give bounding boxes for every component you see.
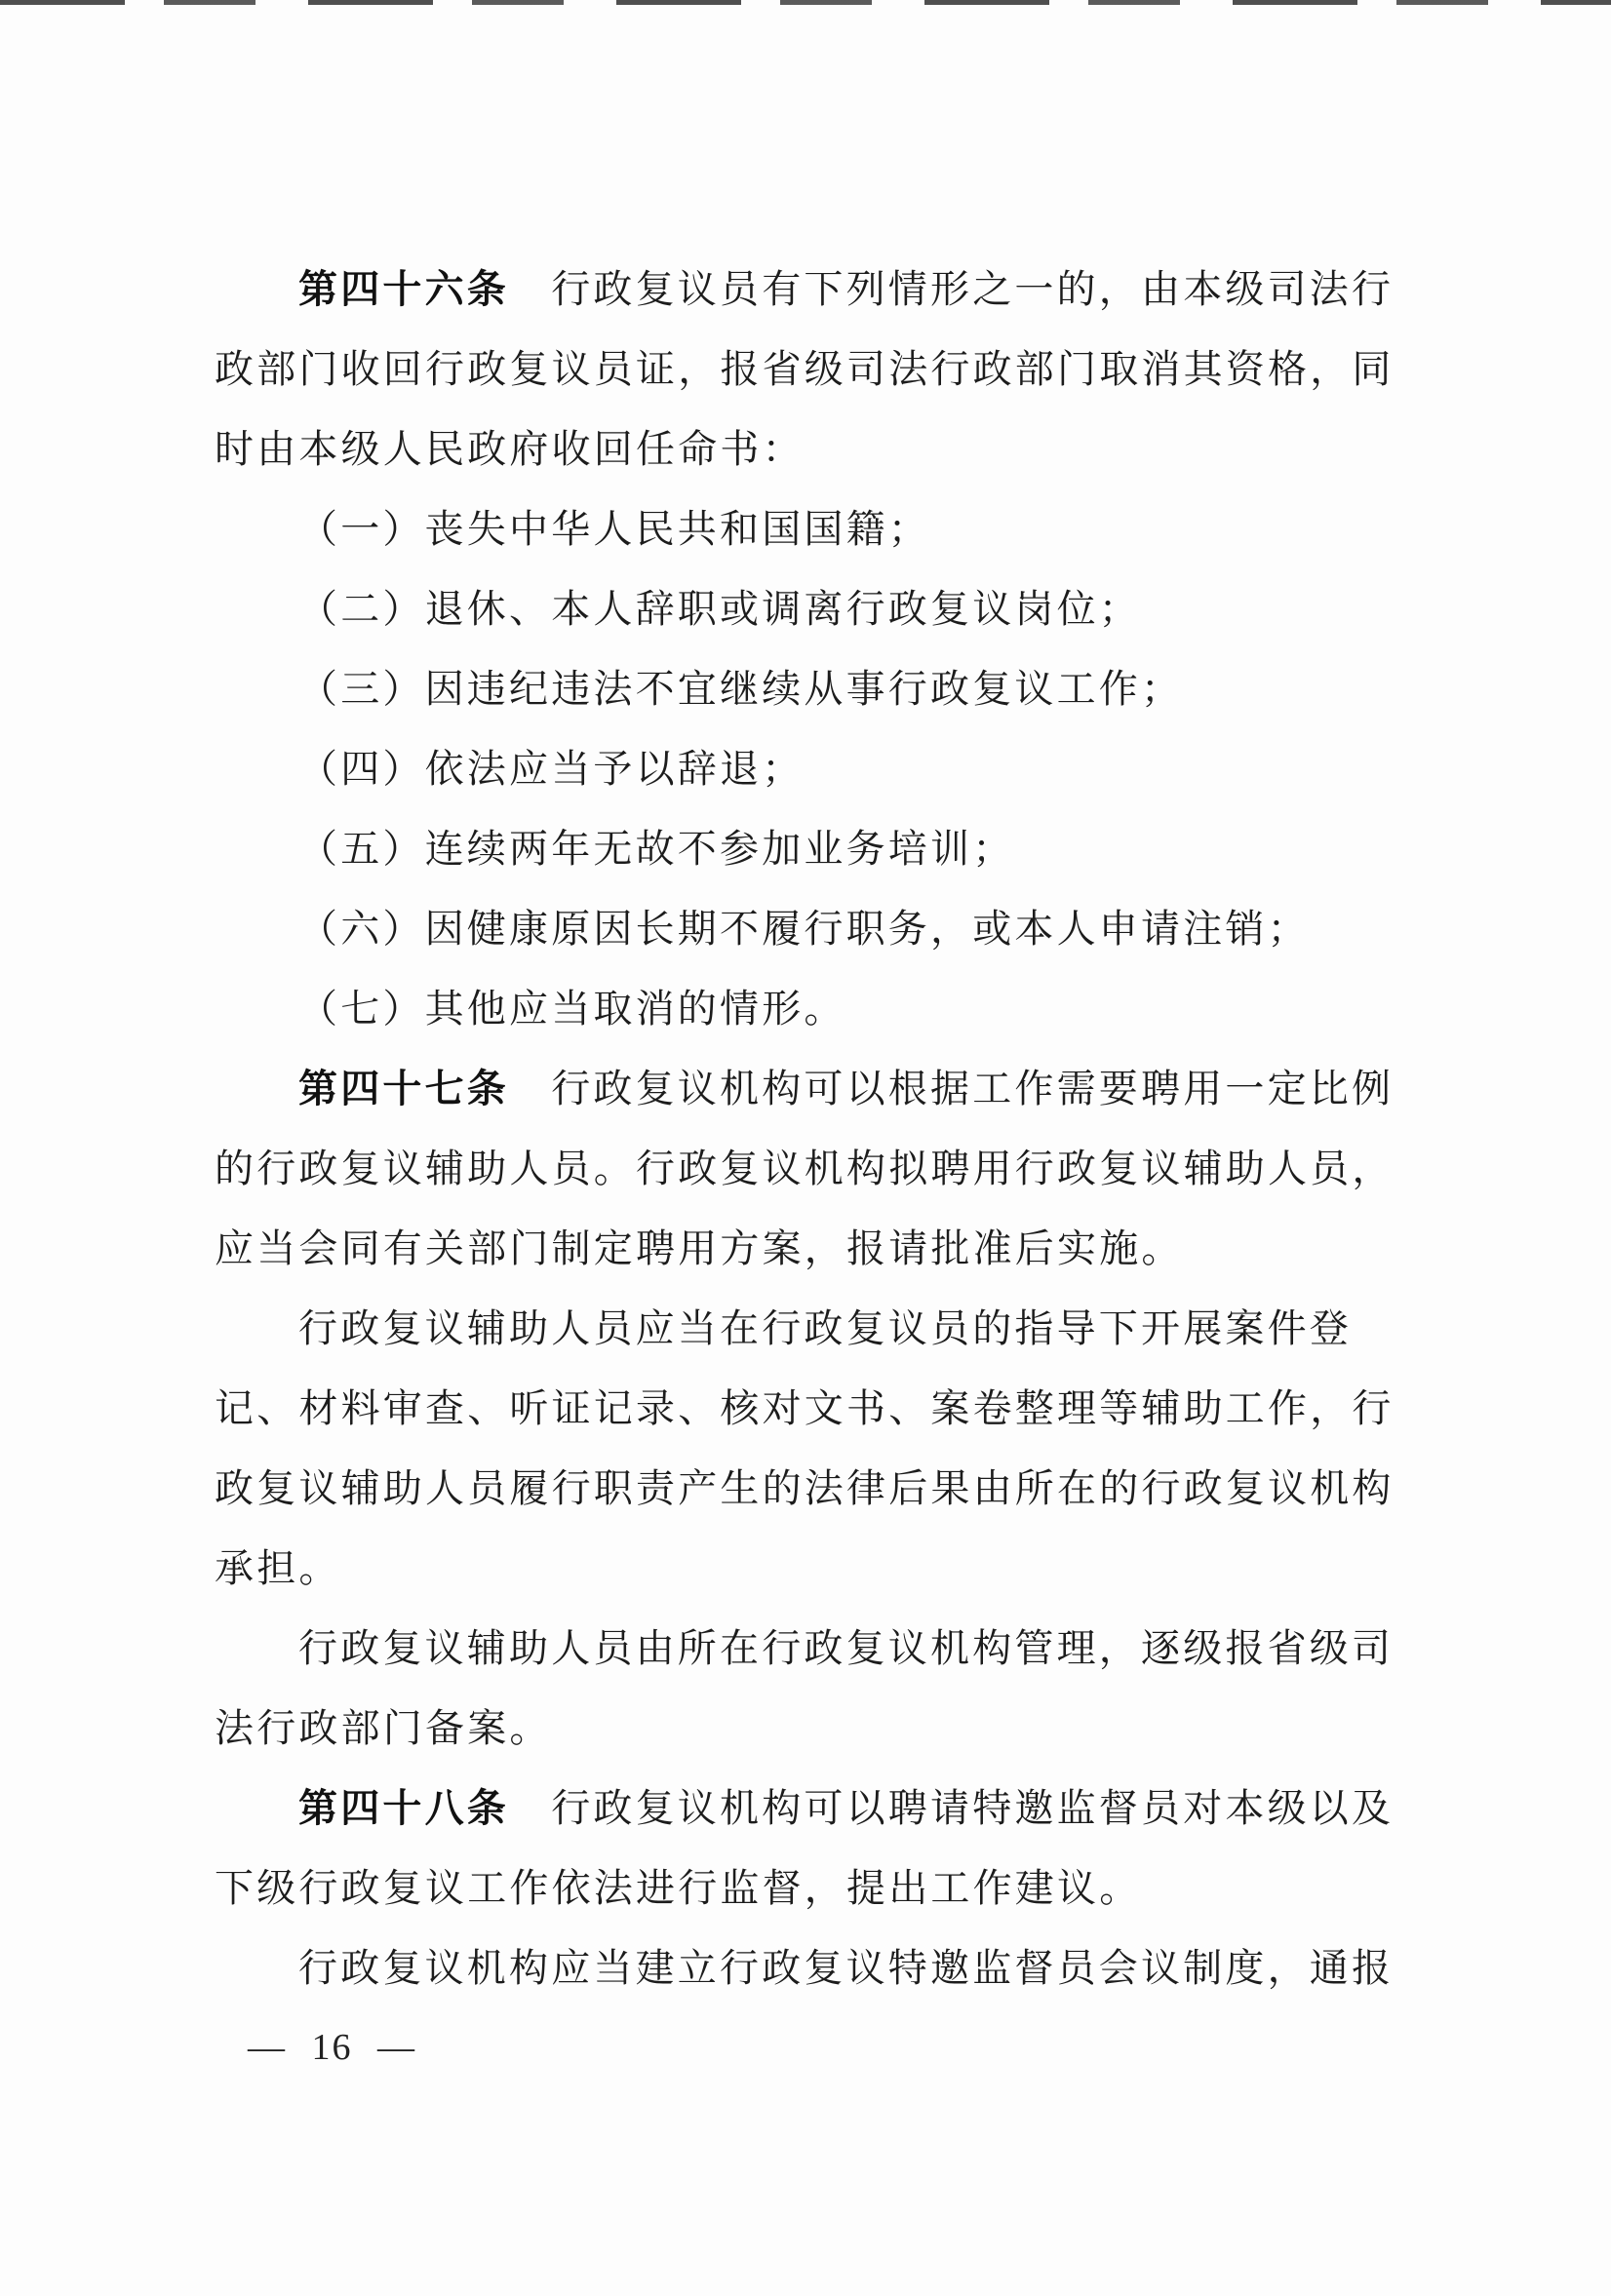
line-text: （七）其他应当取消的情形。 [298, 987, 846, 1031]
list-item-line: （六）因健康原因长期不履行职务，或本人申请注销； [215, 889, 1396, 969]
text-line: 应当会同有关部门制定聘用方案，报请批准后实施。 [215, 1209, 1396, 1289]
text-line: 第四十七条 行政复议机构可以根据工作需要聘用一定比例 [215, 1049, 1396, 1129]
text-line: 第四十六条 行政复议员有下列情形之一的，由本级司法行 [215, 250, 1396, 330]
text-line: 的行政复议辅助人员。行政复议机构拟聘用行政复议辅助人员， [215, 1129, 1396, 1209]
line-text: 行政复议辅助人员由所在行政复议机构管理，逐级报省级司 [298, 1626, 1394, 1670]
text-line: 行政复议辅助人员由所在行政复议机构管理，逐级报省级司 [215, 1609, 1396, 1689]
list-item-line: （二）退休、本人辞职或调离行政复议岗位； [215, 569, 1396, 649]
scan-artifact-top-edge [0, 0, 1611, 5]
line-text: 行政复议员有下列情形之一的，由本级司法行 [509, 267, 1394, 311]
text-line: 政复议辅助人员履行职责产生的法律后果由所在的行政复议机构 [215, 1449, 1396, 1529]
line-text: （五）连续两年无故不参加业务培训； [298, 827, 1014, 871]
page-number: — 16 — [248, 2026, 416, 2069]
line-text: 政复议辅助人员履行职责产生的法律后果由所在的行政复议机构 [215, 1466, 1395, 1510]
line-text: （四）依法应当予以辞退； [298, 747, 804, 791]
text-line: 时由本级人民政府收回任命书： [215, 409, 1396, 489]
line-text: 应当会同有关部门制定聘用方案，报请批准后实施。 [215, 1226, 1184, 1270]
line-text: （一）丧失中华人民共和国国籍； [298, 507, 930, 551]
line-text: （三）因违纪违法不宜继续从事行政复议工作； [298, 667, 1183, 711]
line-text: 的行政复议辅助人员。行政复议机构拟聘用行政复议辅助人员， [215, 1147, 1395, 1190]
line-text: 下级行政复议工作依法进行监督，提出工作建议。 [215, 1866, 1141, 1910]
line-text: 行政复议机构可以根据工作需要聘用一定比例 [509, 1067, 1394, 1110]
article-number: 第四十六条 [298, 267, 509, 311]
text-line: 第四十八条 行政复议机构可以聘请特邀监督员对本级以及 [215, 1769, 1396, 1848]
article-number: 第四十八条 [298, 1786, 509, 1830]
text-line: 政部门收回行政复议员证，报省级司法行政部门取消其资格，同 [215, 330, 1396, 409]
article-number: 第四十七条 [298, 1067, 509, 1110]
text-line: 行政复议机构应当建立行政复议特邀监督员会议制度，通报 [215, 1928, 1396, 2008]
text-line: 记、材料审查、听证记录、核对文书、案卷整理等辅助工作，行 [215, 1369, 1396, 1449]
line-text: 行政复议辅助人员应当在行政复议员的指导下开展案件登 [298, 1306, 1352, 1350]
list-item-line: （五）连续两年无故不参加业务培训； [215, 809, 1396, 889]
line-text: （二）退休、本人辞职或调离行政复议岗位； [298, 587, 1141, 631]
line-text: 时由本级人民政府收回任命书： [215, 427, 805, 471]
line-text: 法行政部门备案。 [215, 1706, 552, 1750]
document-page-body: 第四十六条 行政复议员有下列情形之一的，由本级司法行 政部门收回行政复议员证，报… [215, 250, 1396, 2008]
line-text: 承担。 [215, 1546, 341, 1590]
text-line: 行政复议辅助人员应当在行政复议员的指导下开展案件登 [215, 1289, 1396, 1369]
text-line: 下级行政复议工作依法进行监督，提出工作建议。 [215, 1848, 1396, 1928]
line-text: （六）因健康原因长期不履行职务，或本人申请注销； [298, 907, 1310, 951]
list-item-line: （七）其他应当取消的情形。 [215, 969, 1396, 1049]
line-text: 政部门收回行政复议员证，报省级司法行政部门取消其资格，同 [215, 347, 1395, 391]
list-item-line: （一）丧失中华人民共和国国籍； [215, 489, 1396, 569]
list-item-line: （四）依法应当予以辞退； [215, 729, 1396, 809]
line-text: 行政复议机构可以聘请特邀监督员对本级以及 [509, 1786, 1394, 1830]
line-text: 记、材料审查、听证记录、核对文书、案卷整理等辅助工作，行 [215, 1386, 1395, 1430]
list-item-line: （三）因违纪违法不宜继续从事行政复议工作； [215, 649, 1396, 729]
text-line: 法行政部门备案。 [215, 1689, 1396, 1769]
text-line: 承担。 [215, 1529, 1396, 1609]
line-text: 行政复议机构应当建立行政复议特邀监督员会议制度，通报 [298, 1946, 1394, 1990]
